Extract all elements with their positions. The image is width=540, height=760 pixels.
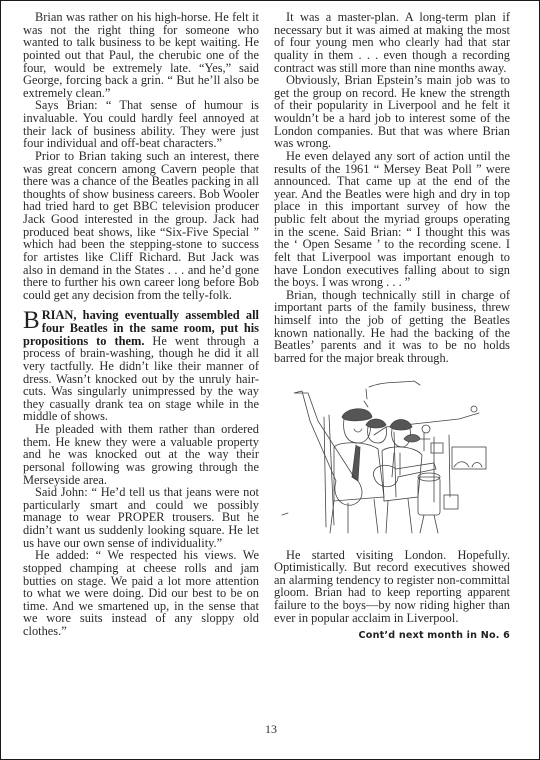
paragraph: Obviously, Brian Epstein’s main job was … <box>274 74 510 150</box>
paragraph: It was a master-plan. A long-term plan i… <box>274 11 510 74</box>
paragraph: Said John: “ He’d tell us that jeans wer… <box>23 486 259 549</box>
paragraph: Prior to Brian taking such an interest, … <box>23 150 259 302</box>
paragraph: Brian was rather on his high-horse. He f… <box>23 11 259 99</box>
paragraph: Says Brian: “ That sense of humour is in… <box>23 99 259 150</box>
paragraph: He added: “ We respected his views. We s… <box>23 549 259 637</box>
paragraph: He started visiting London. Hopefully. O… <box>274 549 510 625</box>
continued-note: Cont’d next month in No. 6 <box>274 630 510 643</box>
paragraph: He even delayed any sort of action until… <box>274 150 510 289</box>
right-column: It was a master-plan. A long-term plan i… <box>274 11 510 643</box>
page-number: 13 <box>1 722 540 737</box>
paragraph: He pleaded with them rather than ordered… <box>23 423 259 486</box>
drop-cap: B <box>23 310 40 332</box>
left-column: Brian was rather on his high-horse. He f… <box>23 11 259 638</box>
lead-paragraph: BRIAN, having eventually assembled all f… <box>23 309 259 423</box>
lead-text: He went through a process of brain-washi… <box>23 334 259 424</box>
illustration-drawing-icon <box>274 377 510 535</box>
band-illustration <box>274 377 510 535</box>
magazine-page: Brian was rather on his high-horse. He f… <box>0 0 540 760</box>
paragraph: Brian, though technically still in charg… <box>274 289 510 365</box>
